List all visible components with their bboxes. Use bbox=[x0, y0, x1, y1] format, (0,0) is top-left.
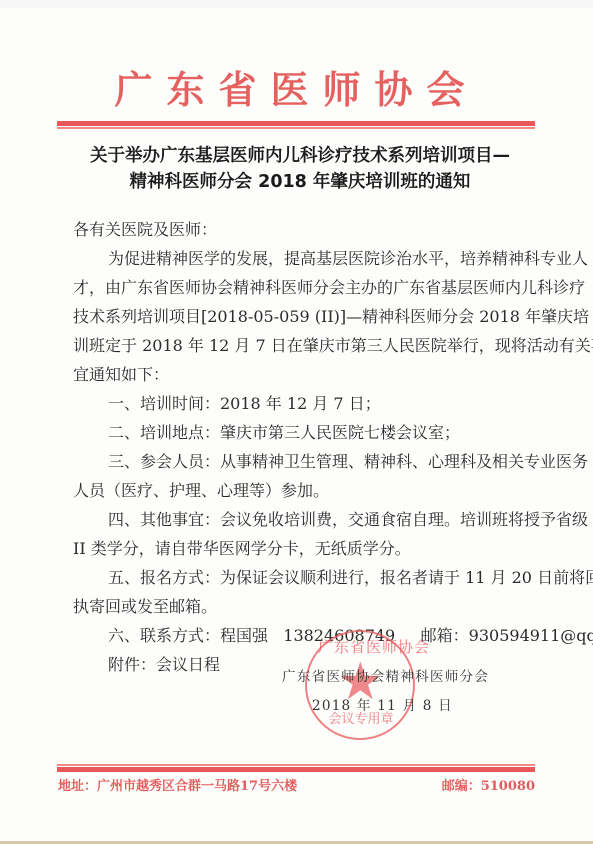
intro-line: 技术系列培训项目[2018-05-059 (II)]—精神科医师分会 2018 … bbox=[73, 304, 589, 327]
seal-text-top: 广东省医师协会 bbox=[318, 636, 408, 657]
intro-line: 才，由广东省医师协会精神科医师分会主办的广东省基层医师内儿科诊疗 bbox=[73, 275, 585, 298]
letterhead-organization: 广东省医师协会 bbox=[0, 68, 593, 112]
item-participants: 三、参会人员：从事精神卫生管理、精神科、心理科及相关专业医务 bbox=[108, 449, 588, 472]
item-other-matters-cont: II 类学分，请自带华医网学分卡，无纸质学分。 bbox=[73, 536, 411, 559]
letterhead-rule-thin bbox=[57, 127, 535, 129]
item-training-location: 二、培训地点：肇庆市第三人民医院七楼会议室； bbox=[108, 420, 460, 443]
item-training-time: 一、培训时间：2018 年 12 月 7 日； bbox=[108, 391, 381, 414]
item-registration-cont: 执寄回或发至邮箱。 bbox=[73, 594, 217, 617]
item-other-matters: 四、其他事宜：会议免收培训费，交通食宿自理。培训班将授予省级 bbox=[108, 507, 588, 530]
attachment-note: 附件：会议日程 bbox=[108, 652, 220, 675]
item-participants-cont: 人员（医疗、护理、心理等）参加。 bbox=[73, 478, 329, 501]
signature-organization: 广东省医师协会精神科医师分会 bbox=[282, 665, 489, 685]
signature-date: 2018 年 11 月 8 日 bbox=[312, 694, 453, 714]
page-top-edge bbox=[0, 0, 593, 8]
intro-line: 为促进精神医学的发展，提高基层医院诊治水平，培养精神科专业人 bbox=[108, 246, 588, 269]
notice-title-line1: 关于举办广东基层医师内儿科诊疗技术系列培训项目— bbox=[60, 146, 540, 166]
salutation: 各有关医院及医师： bbox=[73, 217, 217, 240]
intro-line: 宜通知如下： bbox=[73, 362, 169, 385]
letterhead-rule-thick bbox=[57, 121, 535, 126]
footer-postcode: 邮编：510080 bbox=[442, 775, 535, 794]
notice-title-line2: 精神科医师分会 2018 年肇庆培训班的通知 bbox=[60, 172, 540, 192]
footer-rule-thin bbox=[57, 764, 535, 766]
item-registration: 五、报名方式：为保证会议顺利进行，报名者请于 11 月 20 日前将回 bbox=[108, 565, 593, 588]
footer-address: 地址：广州市越秀区合群一马路17号六楼 bbox=[58, 775, 297, 794]
intro-line: 训班定于 2018 年 12 月 7 日在肇庆市第三人民医院举行，现将活动有关事 bbox=[73, 333, 593, 356]
footer-rule-thick bbox=[57, 767, 535, 772]
